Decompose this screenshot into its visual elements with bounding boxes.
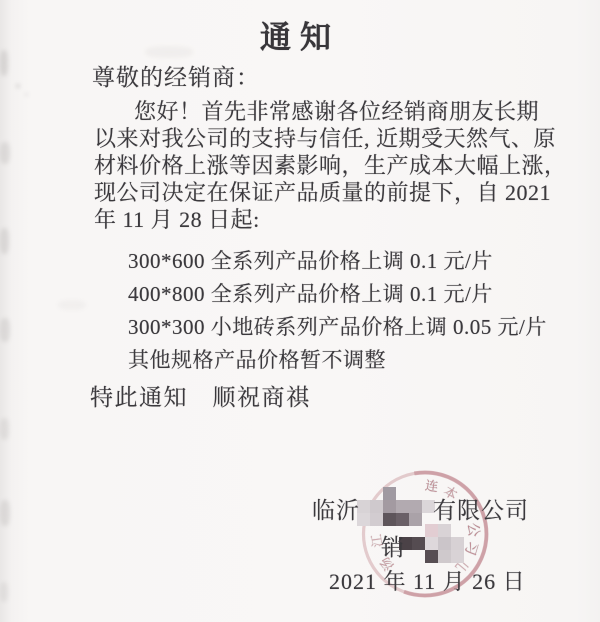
- mosaic-cell: [425, 550, 438, 563]
- scan-smudge: [0, 142, 10, 164]
- signature-date: 2021 年 11 月 26 日: [329, 565, 526, 596]
- mosaic-cell: [412, 537, 425, 550]
- mosaic-cell: [370, 500, 383, 513]
- mosaic-cell: [383, 487, 396, 500]
- mosaic-cell: [425, 524, 438, 537]
- body-line: 材料价格上涨等因素影响，生产成本大幅上涨，: [94, 152, 546, 179]
- mosaic-cell: [396, 500, 409, 513]
- notice-title: 通知: [0, 12, 600, 57]
- body-line: 您好！首先非常感谢各位经销商朋友长期: [94, 98, 546, 125]
- closing-line: 特此通知 顺祝商祺: [90, 379, 311, 412]
- signature-second-line: 销: [381, 529, 405, 562]
- mosaic-cell: [438, 524, 451, 537]
- mosaic-cell: [425, 537, 438, 550]
- signature-company-suffix: 有限公司: [433, 492, 529, 525]
- scan-smudge: [0, 582, 8, 602]
- scan-smudge: [25, 93, 28, 96]
- price-item: 400*800 全系列产品价格上调 0.1 元/片: [128, 278, 547, 311]
- salutation: 尊敬的经销商：: [92, 59, 260, 92]
- body-line: 以来对我公司的支持与信任, 近期受天然气、原: [94, 125, 546, 152]
- scan-smudge: [58, 300, 86, 310]
- mosaic-cell: [451, 537, 464, 550]
- mosaic-cell: [438, 550, 451, 563]
- mosaic-cell: [370, 513, 383, 526]
- mosaic-cell: [438, 537, 451, 550]
- body-line: 年 11 月 28 日起:: [94, 206, 546, 233]
- mosaic-cell: [409, 500, 422, 513]
- signature-company-prefix: 临沂: [312, 492, 360, 525]
- mosaic-cell: [383, 513, 396, 526]
- price-item: 300*600 全系列产品价格上调 0.1 元/片: [128, 245, 547, 278]
- price-adjustment-list: 300*600 全系列产品价格上调 0.1 元/片 400*800 全系列产品价…: [128, 245, 547, 377]
- notice-body: 您好！首先非常感谢各位经销商朋友长期 以来对我公司的支持与信任, 近期受天然气、…: [94, 98, 546, 233]
- scan-smudge: [0, 228, 9, 254]
- scan-smudge: [16, 84, 20, 88]
- price-item: 其他规格产品价格暂不调整: [128, 344, 547, 377]
- seal-rim-char: 习: [461, 539, 480, 557]
- redacted-signature-text: [399, 524, 464, 563]
- scan-smudge: [0, 500, 10, 526]
- mosaic-cell: [383, 500, 396, 513]
- body-line: 现公司决定在保证产品质量的前提下，自 2021: [94, 179, 546, 206]
- scan-smudge: [0, 318, 10, 342]
- price-item: 300*300 小地砖系列产品价格上调 0.05 元/片: [128, 311, 547, 344]
- mosaic-cell: [451, 550, 464, 563]
- scan-smudge: [0, 418, 9, 440]
- scanned-notice-page: 通知 尊敬的经销商： 您好！首先非常感谢各位经销商朋友长期 以来对我公司的支持与…: [0, 0, 600, 622]
- redacted-company-name: [357, 487, 435, 526]
